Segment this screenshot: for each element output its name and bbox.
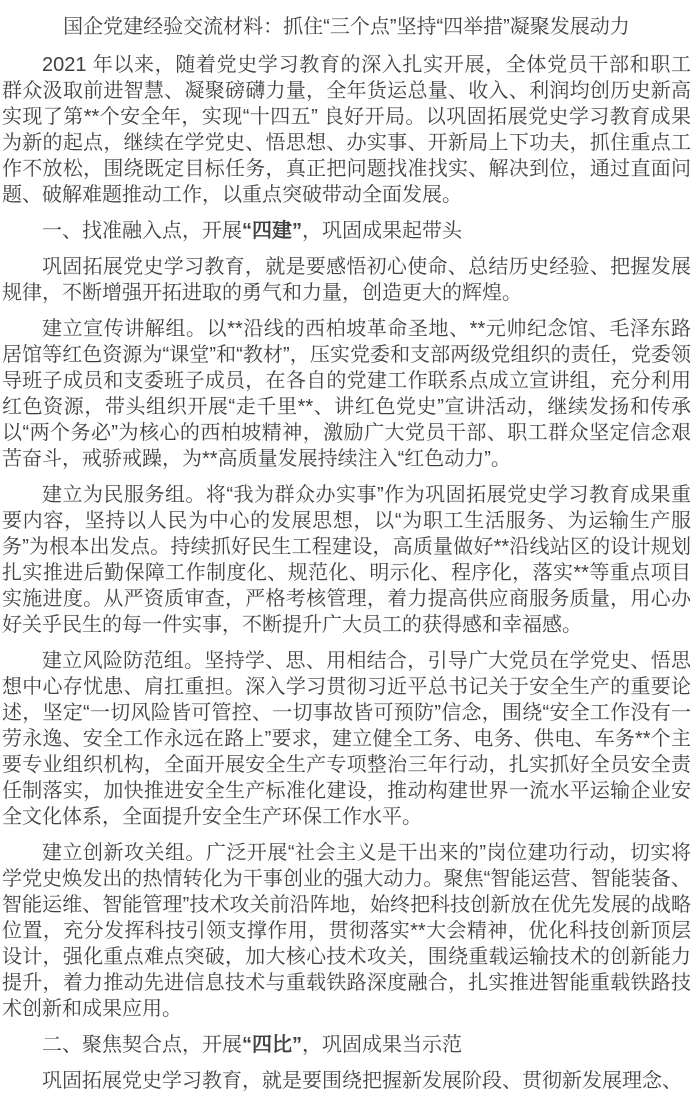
section-1-paragraph-1: 巩固拓展党史学习教育，就是要感悟初心使命、总结历史经验、把握发展规律，不断增强开…	[2, 254, 691, 306]
section-1-heading-pre: 一、找准融入点，开展	[42, 220, 242, 242]
section-2-heading: 二、聚焦契合点，开展“四比”，巩固成果当示范	[2, 1032, 691, 1058]
section-1-heading-post: ，巩固成果起带头	[302, 220, 462, 242]
section-2-paragraph-1: 巩固拓展党史学习教育，就是要围绕把握新发展阶段、贯彻新发展理念、	[2, 1068, 691, 1094]
document-title: 国企党建经验交流材料：抓住“三个点”坚持“四举措”凝聚发展动力	[2, 14, 691, 40]
section-1-heading: 一、找准融入点，开展“四建”，巩固成果起带头	[2, 218, 691, 244]
section-1-paragraph-4: 建立风险防范组。坚持学、思、用相结合，引导广大党员在学党史、悟思想中心存忧患、肩…	[2, 648, 691, 830]
section-2-heading-pre: 二、聚焦契合点，开展	[42, 1034, 242, 1056]
section-1-paragraph-5: 建立创新攻关组。广泛开展“社会主义是干出来的”岗位建功行动，切实将学党史焕发出的…	[2, 840, 691, 1022]
section-1-heading-quoted-term: “四建”	[242, 220, 302, 242]
intro-paragraph: 2021 年以来，随着党史学习教育的深入扎实开展，全体党员干部和职工群众汲取前进…	[2, 52, 691, 208]
document-page: 国企党建经验交流材料：抓住“三个点”坚持“四举措”凝聚发展动力 2021 年以来…	[0, 0, 693, 1097]
section-1-paragraph-3: 建立为民服务组。将“我为群众办实事”作为巩固拓展党史学习教育成果重要内容，坚持以…	[2, 482, 691, 638]
section-2-heading-quoted-term: “四比”	[242, 1034, 302, 1056]
section-1-paragraph-2: 建立宣传讲解组。以**沿线的西柏坡革命圣地、**元帅纪念馆、毛泽东路居馆等红色资…	[2, 316, 691, 472]
section-2-heading-post: ，巩固成果当示范	[302, 1034, 462, 1056]
